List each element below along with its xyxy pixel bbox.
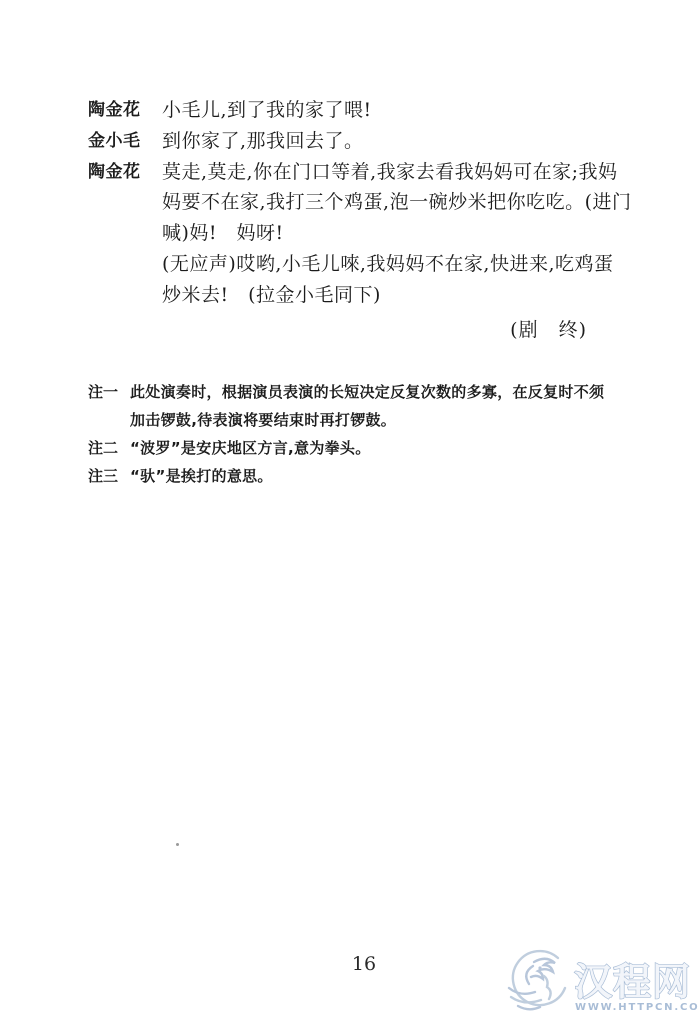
dialogue-line: 到你家了,那我回去了。 [162,126,633,157]
dialogue-line: 小毛儿,到了我的家了喂! [162,95,633,126]
speech-text: 小毛儿,到了我的家了喂! [162,95,633,126]
speech-row: 陶金花 莫走,莫走,你在门口等着,我家去看我妈妈可在家;我妈 妈要不在家,我打三… [88,157,633,311]
watermark-site-name: 汉程网 [574,960,691,1004]
page-number: 16 [328,953,400,975]
footnote-line: 此处演奏时，根据演员表演的长短决定反复次数的多寡，在反复时不须 [130,378,628,406]
footnote-line: 加击锣鼓,待表演将要结束时再打锣鼓。 [130,406,628,434]
dialogue-line: 炒米去! (拉金小毛同下) [162,280,633,311]
footnote-line: “波罗”是安庆地区方言,意为拳头。 [130,434,628,462]
footnote-row: 注三 “驮”是挨打的意思。 [88,462,628,490]
footnote-text: “驮”是挨打的意思。 [130,462,628,490]
speech-text: 到你家了,那我回去了。 [162,126,633,157]
dragon-seal-icon [509,951,565,1009]
footnote-text: “波罗”是安庆地区方言,意为拳头。 [130,434,628,462]
dialogue-line: 喊)妈! 妈呀! [162,218,633,249]
footnote-label: 注二 [88,434,130,462]
footnote-label: 注三 [88,462,130,490]
speaker-name: 陶金花 [88,95,162,126]
footnotes: 注一 此处演奏时，根据演员表演的长短决定反复次数的多寡，在反复时不须 加击锣鼓,… [88,378,628,490]
footnote-line: “驮”是挨打的意思。 [130,462,628,490]
footnote-label: 注一 [88,378,130,406]
scan-artifact-dot [176,843,179,846]
watermark-graphic: 汉程网 WWW.HTTPCN.COM [498,946,698,1022]
speech-text: 莫走,莫走,你在门口等着,我家去看我妈妈可在家;我妈 妈要不在家,我打三个鸡蛋,… [162,157,633,311]
speech-row: 金小毛 到你家了,那我回去了。 [88,126,633,157]
play-end-mark: (剧 终) [88,315,633,345]
script-dialogue: 陶金花 小毛儿,到了我的家了喂! 金小毛 到你家了,那我回去了。 陶金花 莫走,… [88,95,633,345]
watermark-site-url: WWW.HTTPCN.COM [575,1002,698,1013]
speech-row: 陶金花 小毛儿,到了我的家了喂! [88,95,633,126]
speaker-name: 金小毛 [88,126,162,157]
book-page: 陶金花 小毛儿,到了我的家了喂! 金小毛 到你家了,那我回去了。 陶金花 莫走,… [0,0,700,1026]
watermark: 汉程网 WWW.HTTPCN.COM [498,946,698,1022]
dialogue-line: 妈要不在家,我打三个鸡蛋,泡一碗炒米把你吃吃。(进门 [162,187,633,218]
footnote-row: 注二 “波罗”是安庆地区方言,意为拳头。 [88,434,628,462]
speaker-name: 陶金花 [88,157,162,188]
footnote-text: 此处演奏时，根据演员表演的长短决定反复次数的多寡，在反复时不须 加击锣鼓,待表演… [130,378,628,434]
dialogue-line: 莫走,莫走,你在门口等着,我家去看我妈妈可在家;我妈 [162,157,633,188]
footnote-row: 注一 此处演奏时，根据演员表演的长短决定反复次数的多寡，在反复时不须 加击锣鼓,… [88,378,628,434]
dialogue-line: (无应声)哎哟,小毛儿唻,我妈妈不在家,快进来,吃鸡蛋 [162,249,633,280]
